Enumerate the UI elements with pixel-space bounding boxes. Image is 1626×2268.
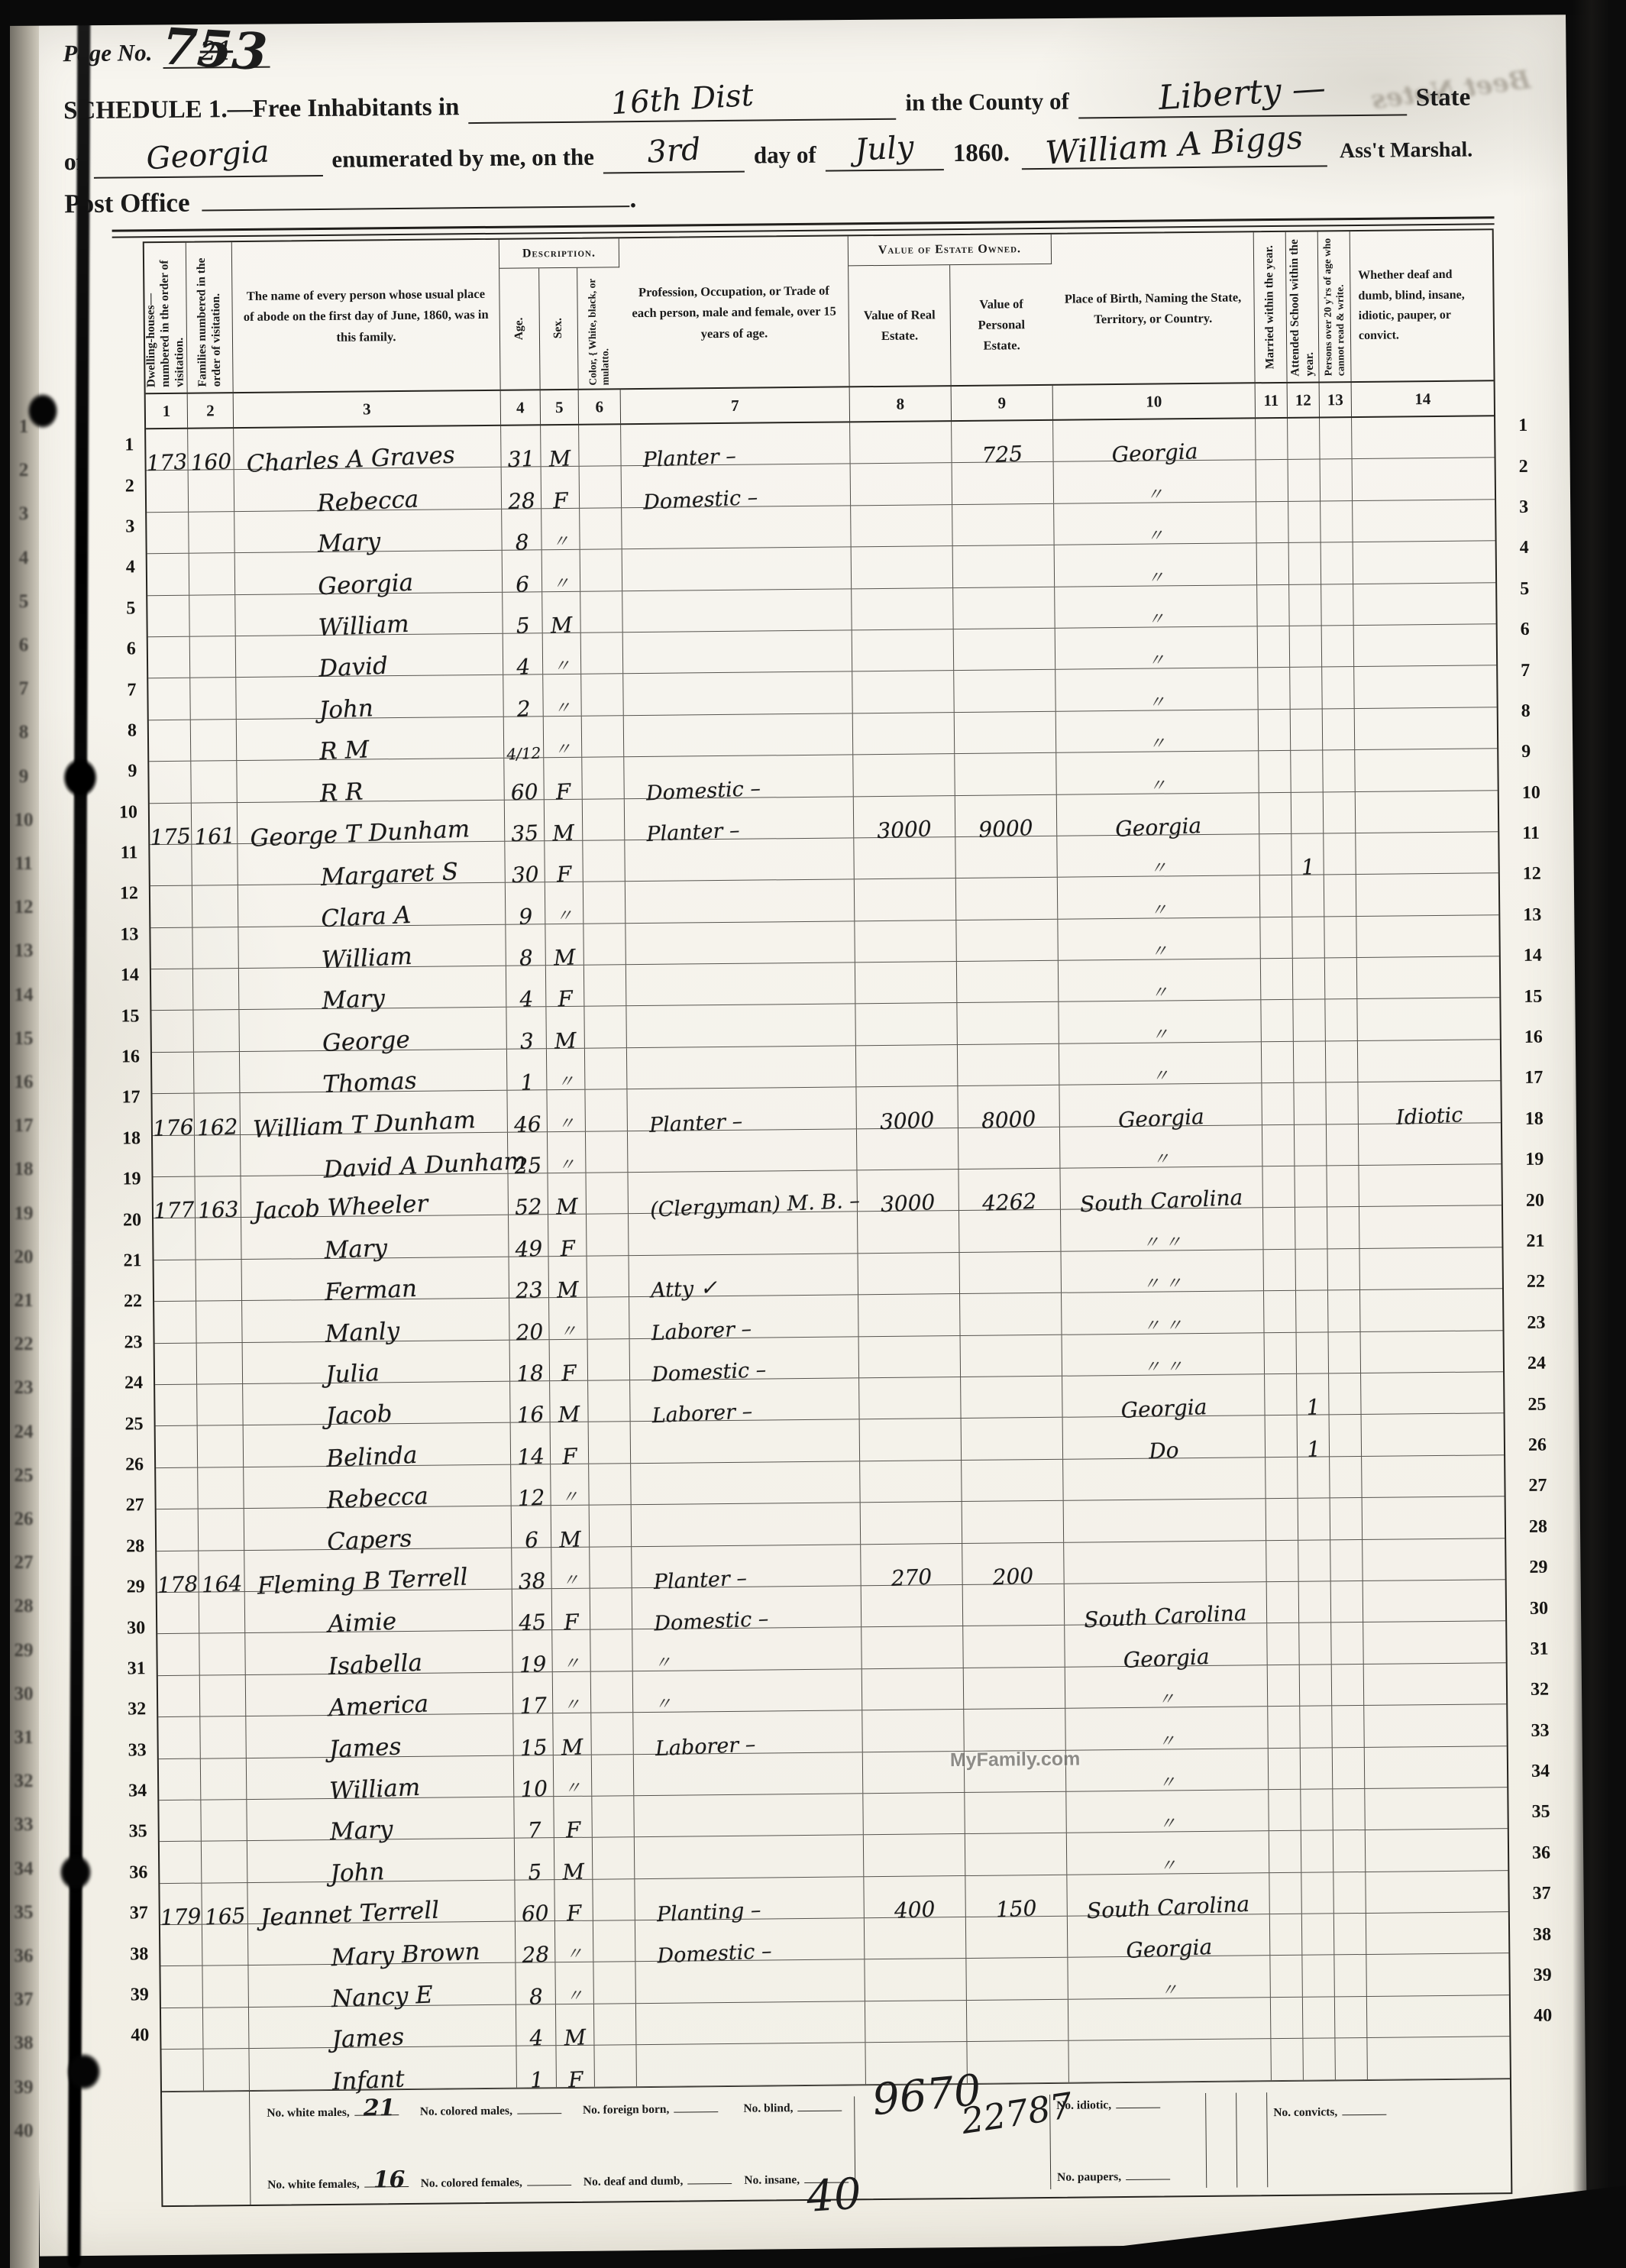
header-age-label: Age. xyxy=(512,315,527,344)
real-estate-value xyxy=(860,1419,962,1461)
bleed-row-number: 11 xyxy=(8,853,39,875)
married-within-year xyxy=(1263,1250,1296,1291)
person-name: William T Dunham xyxy=(240,1091,507,1134)
color xyxy=(592,1755,635,1796)
occupation: Atty ✓ xyxy=(629,1254,858,1296)
person-name: Charles A Graves xyxy=(234,426,501,470)
color xyxy=(585,1089,628,1131)
real-estate-value: 270 xyxy=(861,1544,963,1586)
sex: F xyxy=(552,1589,591,1630)
personal-estate-value xyxy=(955,753,1057,795)
age: 23 xyxy=(509,1257,550,1298)
margin-row-number: 36 xyxy=(121,1852,153,1894)
married-within-year xyxy=(1269,1831,1302,1872)
cannot-read-write-mark xyxy=(1324,917,1357,958)
person-name: Georgia xyxy=(235,551,503,594)
real-estate-value xyxy=(859,1336,962,1378)
occupation xyxy=(622,589,852,632)
sex: 〃 xyxy=(541,509,580,550)
married-within-year xyxy=(1256,460,1289,501)
margin-row-number: 22 xyxy=(1516,1262,1563,1303)
color xyxy=(593,1879,635,1920)
color xyxy=(590,1505,632,1546)
dwelling-number: 179 xyxy=(160,1883,202,1924)
header-families-label: Families numbered in the order of visita… xyxy=(195,244,225,390)
colored-males-label: No. colored males, xyxy=(420,2104,512,2118)
bleed-row-number: 5 xyxy=(8,591,39,613)
sex: 〃 xyxy=(544,716,583,757)
margin-row-number: 7 xyxy=(110,670,141,711)
birthplace xyxy=(1063,1458,1266,1500)
personal-estate-value xyxy=(960,1252,1062,1294)
attended-school-mark xyxy=(1288,418,1321,459)
person-name: Julia xyxy=(243,1340,510,1383)
table-body: 173160Charles A Graves31MPlanter –725Geo… xyxy=(146,416,1510,2091)
color xyxy=(587,1215,629,1256)
dwelling-number xyxy=(150,927,193,969)
family-number xyxy=(193,969,240,1010)
bleed-row-number: 32 xyxy=(8,1771,39,1792)
birthplace: Georgia xyxy=(1053,419,1256,461)
deaf-dumb-tally: No. deaf and dumb, xyxy=(583,2174,732,2189)
margin-row-number: 39 xyxy=(1522,1955,1569,1996)
margin-row-number: 30 xyxy=(1519,1588,1566,1629)
person-name: John xyxy=(236,675,503,719)
margin-row-number: 8 xyxy=(1510,691,1556,732)
family-number: 161 xyxy=(192,803,238,844)
remarks xyxy=(1358,1040,1501,1082)
real-estate-value xyxy=(851,505,953,547)
color xyxy=(593,1920,636,1962)
margin-row-number: 2 xyxy=(1508,446,1554,487)
margin-row-number: 12 xyxy=(112,874,144,915)
real-estate-value xyxy=(854,837,956,879)
real-estate-value: 3000 xyxy=(857,1170,959,1212)
real-estate-value xyxy=(852,629,955,671)
cannot-read-write-mark xyxy=(1333,1830,1366,1872)
sex: F xyxy=(556,2046,595,2087)
cannot-read-write-mark xyxy=(1327,1249,1360,1290)
age: 16 xyxy=(510,1381,551,1422)
birthplace: 〃 〃 xyxy=(1062,1333,1266,1376)
cannot-read-write-mark xyxy=(1330,1498,1363,1539)
attended-school-mark xyxy=(1291,751,1324,792)
real-estate-value xyxy=(862,1710,965,1752)
cannot-read-write-mark xyxy=(1327,1166,1359,1207)
color xyxy=(591,1713,634,1754)
sex: M xyxy=(545,799,583,840)
family-number: 164 xyxy=(199,1551,245,1592)
margin-row-number: 29 xyxy=(1518,1547,1565,1588)
sex: 〃 xyxy=(547,1090,586,1131)
remarks xyxy=(1356,791,1498,833)
age: 31 xyxy=(501,425,541,467)
margin-row-number: 15 xyxy=(113,996,144,1037)
margin-row-number: 9 xyxy=(1511,732,1557,773)
column-number-11: 11 xyxy=(1256,383,1288,417)
paupers-blank xyxy=(1126,2179,1170,2180)
color xyxy=(580,591,623,633)
header-school: Attended School within the year. xyxy=(1286,231,1320,381)
margin-row-number: 14 xyxy=(113,955,144,996)
real-estate-value xyxy=(861,1585,964,1627)
cannot-read-write-mark xyxy=(1334,1955,1367,1996)
remarks xyxy=(1366,1912,1509,1954)
age: 60 xyxy=(504,758,545,799)
family-number xyxy=(200,1675,247,1716)
attended-school-mark xyxy=(1292,917,1325,958)
bleed-row-number: 16 xyxy=(8,1072,39,1093)
margin-row-number: 30 xyxy=(119,1608,150,1649)
personal-estate-value xyxy=(963,1584,1065,1626)
county-blank: Liberty — xyxy=(1078,75,1407,118)
dwelling-number: 178 xyxy=(157,1551,199,1592)
personal-estate-value xyxy=(962,1418,1064,1460)
state-blank: Georgia xyxy=(93,140,322,179)
description-group-label: Description. xyxy=(499,238,619,269)
birthplace: 〃 xyxy=(1054,461,1257,503)
state-label: State xyxy=(1416,84,1471,113)
occupation: Laborer – xyxy=(633,1710,862,1753)
cannot-read-write-mark xyxy=(1334,1914,1367,1955)
occupation xyxy=(636,2001,865,2044)
dwelling-number: 176 xyxy=(152,1094,195,1135)
family-number xyxy=(190,678,237,719)
dwelling-number xyxy=(147,512,189,553)
margin-row-number: 31 xyxy=(119,1648,150,1690)
birthplace xyxy=(1064,1499,1267,1542)
margin-row-number: 4 xyxy=(109,547,141,588)
insane-label: No. insane, xyxy=(744,2173,800,2187)
age: 2 xyxy=(503,675,544,717)
margin-row-number: 2 xyxy=(108,466,140,507)
attended-school-mark xyxy=(1298,1457,1330,1498)
remarks xyxy=(1360,1289,1503,1331)
personal-estate-value xyxy=(967,2000,1069,2042)
person-name: Belinda xyxy=(244,1423,511,1467)
married-within-year xyxy=(1270,1956,1303,1997)
remarks xyxy=(1362,1455,1505,1497)
age: 4 xyxy=(506,966,547,1007)
age: 60 xyxy=(515,1880,555,1921)
right-row-numbers: 1234567891011121314151617181920212223242… xyxy=(1508,406,1569,2037)
personal-estate-value xyxy=(962,1460,1064,1502)
bleed-row-number: 35 xyxy=(8,1902,39,1923)
age: 28 xyxy=(502,468,542,509)
family-number xyxy=(191,720,238,761)
sex: 〃 xyxy=(551,1464,590,1505)
age: 10 xyxy=(514,1755,554,1797)
dwelling-number xyxy=(150,886,193,927)
margin-row-number: 28 xyxy=(118,1526,150,1568)
bleed-row-number: 17 xyxy=(8,1115,39,1137)
married-within-year xyxy=(1258,626,1291,668)
remarks xyxy=(1363,1580,1506,1622)
sex: M xyxy=(545,924,584,965)
dwelling-number xyxy=(148,678,191,720)
margin-row-number: 3 xyxy=(1508,487,1555,528)
deaf-dumb-label: No. deaf and dumb, xyxy=(583,2174,684,2188)
personal-estate-value: 200 xyxy=(962,1542,1065,1584)
real-estate-value xyxy=(858,1294,961,1336)
remarks xyxy=(1366,1871,1508,1913)
family-number xyxy=(192,927,239,969)
sex: 〃 xyxy=(552,1630,591,1671)
real-estate-value xyxy=(853,713,955,755)
married-within-year xyxy=(1271,2039,1304,2080)
birthplace: South Carolina xyxy=(1060,1166,1263,1209)
county-label: in the County of xyxy=(905,88,1069,117)
attended-school-mark xyxy=(1300,1706,1333,1747)
header-profession: Profession, Occupation, or Trade of each… xyxy=(619,236,850,388)
married-within-year xyxy=(1267,1623,1300,1665)
cannot-read-write-mark xyxy=(1327,1207,1360,1248)
sex: M xyxy=(553,1713,592,1755)
white-females-blank: 16 xyxy=(364,2186,409,2188)
color xyxy=(589,1464,632,1505)
dwelling-number xyxy=(155,1385,198,1426)
watermark: MyFamily.com xyxy=(950,1749,1081,1772)
married-within-year xyxy=(1260,875,1293,917)
header-illiterate-label: Persons over 20 y'rs of age who cannot r… xyxy=(1321,234,1347,379)
color xyxy=(580,549,623,590)
margin-row-number: 25 xyxy=(1517,1384,1563,1425)
header-personal-estate: Value of Personal Estate. xyxy=(950,264,1053,385)
dwelling-number: 173 xyxy=(146,429,189,471)
bleed-row-number: 29 xyxy=(8,1640,39,1661)
birthplace: 〃 xyxy=(1055,626,1259,669)
sex: F xyxy=(554,1879,593,1920)
birthplace: Georgia xyxy=(1059,1083,1262,1126)
margin-row-number: 23 xyxy=(116,1322,147,1364)
person-name: James xyxy=(249,2004,516,2048)
margin-row-number: 33 xyxy=(120,1730,151,1771)
county-value: Liberty — xyxy=(1158,69,1327,118)
margin-row-number: 3 xyxy=(108,506,140,548)
header-profession-label: Profession, Occupation, or Trade of each… xyxy=(619,280,849,345)
page-no-handwritten: 753 xyxy=(160,16,269,82)
sex: 〃 xyxy=(551,1547,590,1588)
dwelling-number xyxy=(161,2008,204,2049)
married-within-year xyxy=(1271,1998,1304,2039)
person-name: David xyxy=(236,634,503,678)
person-name: William xyxy=(238,924,506,968)
header-age: Age. xyxy=(499,268,541,389)
cannot-read-write-mark xyxy=(1333,1789,1366,1830)
attended-school-mark xyxy=(1289,584,1322,626)
margin-row-number: 11 xyxy=(112,833,143,874)
remarks xyxy=(1355,749,1498,791)
married-within-year xyxy=(1259,834,1292,875)
attended-school-mark xyxy=(1293,1000,1326,1041)
white-males-tally: No. white males,21 xyxy=(267,2105,408,2121)
married-within-year xyxy=(1262,1083,1295,1124)
dwelling-number xyxy=(161,2050,204,2091)
remarks xyxy=(1363,1538,1505,1580)
remarks xyxy=(1359,1247,1502,1289)
color xyxy=(592,1796,635,1837)
birthplace: Georgia xyxy=(1062,1374,1266,1417)
real-estate-value: 400 xyxy=(864,1876,966,1918)
color xyxy=(590,1547,632,1588)
married-within-year xyxy=(1265,1374,1298,1415)
remarks xyxy=(1353,583,1496,625)
dwelling-number xyxy=(147,554,190,595)
color xyxy=(587,1256,630,1297)
real-estate-value xyxy=(857,1128,959,1170)
cannot-read-write-mark xyxy=(1330,1457,1363,1498)
real-estate-value xyxy=(859,1377,962,1419)
month-value: July xyxy=(854,130,915,169)
married-within-year xyxy=(1269,1872,1302,1914)
bottom-handwritten-number: 40 xyxy=(805,2169,862,2222)
header-birthplace-label: Place of Birth, Naming the State, Territ… xyxy=(1052,286,1254,330)
age: 8 xyxy=(502,509,542,550)
sex: 〃 xyxy=(542,550,581,591)
birthplace: South Carolina xyxy=(1065,1582,1268,1625)
dwelling-number xyxy=(147,595,190,636)
marshal-label: Ass't Marshal. xyxy=(1340,138,1473,164)
color xyxy=(580,508,622,549)
person-name: Thomas xyxy=(240,1050,507,1093)
remarks xyxy=(1363,1622,1506,1664)
personal-estate-value xyxy=(961,1377,1063,1419)
remarks xyxy=(1356,832,1498,874)
remarks xyxy=(1356,874,1499,916)
cannot-read-write-mark xyxy=(1326,1041,1359,1082)
married-within-year xyxy=(1263,1208,1296,1249)
binding-hole xyxy=(67,2053,101,2090)
column-number-13: 13 xyxy=(1320,383,1352,416)
attended-school-mark xyxy=(1299,1581,1332,1623)
occupation xyxy=(626,880,855,923)
dwelling-number xyxy=(150,845,192,886)
dwelling-number xyxy=(157,1593,200,1634)
blind-blank xyxy=(798,2110,842,2111)
white-males-value: 21 xyxy=(364,2095,396,2121)
bleed-row-number: 3 xyxy=(8,503,39,525)
district-blank: 16th Dist xyxy=(468,83,896,124)
dwelling-number xyxy=(147,471,189,512)
header-name: The name of every person whose usual pla… xyxy=(232,240,501,392)
bleed-row-number: 30 xyxy=(8,1684,39,1705)
family-number xyxy=(197,1343,244,1384)
occupation xyxy=(635,1836,864,1878)
schedule-title: SCHEDULE 1.—Free Inhabitants in xyxy=(63,93,460,125)
birthplace xyxy=(1068,2039,1272,2082)
person-name: Rebecca xyxy=(244,1464,511,1508)
bleed-row-number: 4 xyxy=(8,548,39,569)
family-number xyxy=(199,1633,246,1674)
table-header-row: Dwelling-houses— numbered in the order o… xyxy=(144,230,1494,394)
cannot-read-write-mark xyxy=(1322,626,1355,667)
person-name: Mary xyxy=(239,966,506,1010)
attended-school-mark: 1 xyxy=(1291,833,1324,875)
post-office-period: . xyxy=(629,183,636,214)
birthplace: 〃 xyxy=(1066,1749,1269,1791)
personal-estate-value xyxy=(967,2041,1069,2083)
column-number-7: 7 xyxy=(621,387,850,423)
column-number-10: 10 xyxy=(1053,383,1256,419)
married-within-year xyxy=(1269,1748,1301,1789)
age: 30 xyxy=(505,841,545,882)
occupation xyxy=(627,1046,856,1089)
person-name: George xyxy=(239,1008,506,1051)
personal-estate-value xyxy=(960,1293,1062,1335)
family-number xyxy=(192,844,238,885)
birthplace: 〃 xyxy=(1059,1042,1262,1085)
binding-knot xyxy=(63,758,98,798)
sex: F xyxy=(541,467,580,508)
header-sex-label: Sex. xyxy=(551,315,566,341)
married-within-year xyxy=(1261,1000,1294,1041)
header-description-group: Description. Age. Sex. Color, { White, b… xyxy=(499,238,621,389)
birthplace: 〃 xyxy=(1065,1665,1269,1708)
cannot-read-write-mark xyxy=(1332,1706,1365,1747)
birthplace: Georgia xyxy=(1057,793,1260,836)
occupation: Planter – xyxy=(632,1545,861,1587)
married-within-year xyxy=(1266,1540,1299,1581)
sex: F xyxy=(545,841,583,882)
margin-row-number: 1 xyxy=(108,425,139,466)
margin-row-number: 22 xyxy=(116,1281,147,1322)
real-estate-value xyxy=(852,588,954,630)
family-number: 163 xyxy=(196,1176,242,1218)
cannot-read-write-mark xyxy=(1331,1623,1364,1664)
attended-school-mark xyxy=(1299,1623,1332,1665)
family-number xyxy=(201,1758,247,1800)
age: 5 xyxy=(503,592,543,633)
attended-school-mark: 1 xyxy=(1297,1373,1330,1415)
post-office-line: Post Office . xyxy=(64,183,636,219)
attended-school-mark xyxy=(1303,1997,1336,2038)
occupation xyxy=(624,713,853,756)
sex: 〃 xyxy=(553,1671,592,1713)
colored-females-tally: No. colored females, xyxy=(421,2176,571,2191)
dwelling-number xyxy=(155,1343,198,1384)
margin-row-number: 13 xyxy=(112,914,144,956)
bleed-row-number: 7 xyxy=(8,678,39,700)
color xyxy=(586,1131,629,1173)
family-number xyxy=(198,1467,244,1509)
cannot-read-write-mark xyxy=(1325,999,1358,1040)
header-families: Families numbered in the order of visita… xyxy=(186,242,234,393)
married-within-year xyxy=(1259,710,1291,751)
age: 4/12 xyxy=(504,717,545,758)
color xyxy=(585,1048,628,1089)
remarks xyxy=(1353,541,1496,583)
attended-school-mark xyxy=(1295,1208,1328,1249)
margin-row-number: 39 xyxy=(123,1975,154,2016)
bleed-row-number: 22 xyxy=(8,1334,39,1355)
occupation xyxy=(634,1794,863,1836)
margin-row-number: 20 xyxy=(1515,1180,1562,1221)
personal-estate-value xyxy=(956,919,1059,961)
married-within-year xyxy=(1262,1166,1295,1208)
remarks xyxy=(1364,1663,1507,1705)
convicts-label: No. convicts, xyxy=(1273,2105,1337,2119)
personal-estate-value xyxy=(965,1792,1067,1834)
blind-label: No. blind, xyxy=(743,2101,793,2115)
attended-school-mark xyxy=(1288,501,1321,542)
post-office-blank xyxy=(202,205,630,211)
real-estate-value xyxy=(865,2001,968,2043)
birthplace: 〃 〃 xyxy=(1062,1291,1265,1334)
margin-row-number: 10 xyxy=(1511,772,1558,814)
dwelling-number xyxy=(157,1509,199,1551)
dwelling-number xyxy=(148,637,191,678)
real-estate-value xyxy=(858,1211,960,1253)
